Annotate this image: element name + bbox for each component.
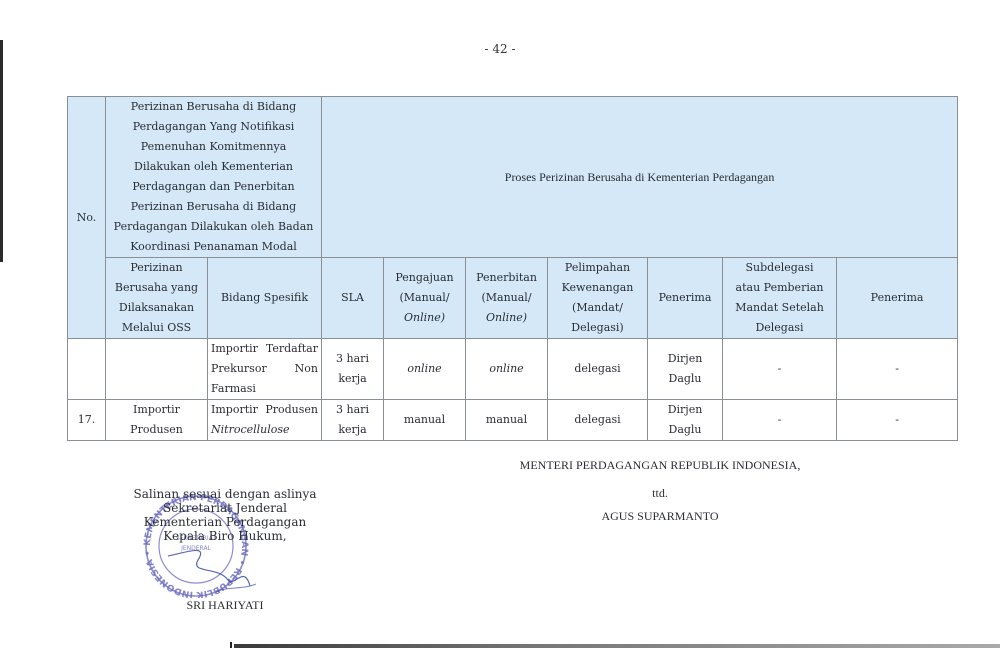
official-name: SRI HARIYATI: [110, 598, 340, 613]
cell-penerima: Dirjen Daglu: [648, 339, 723, 400]
header-penerbitan: Penerbitan (Manual/ Online): [466, 258, 548, 339]
table-row: 17. Importir Produsen Importir Produsen …: [68, 400, 958, 441]
cell-sla: 3 hari kerja: [322, 339, 384, 400]
scan-edge-bar: [234, 644, 1000, 648]
header-subdelegasi: Subdelegasi atau Pemberian Mandat Setela…: [723, 258, 837, 339]
licensing-table: No. Perizinan Berusaha di Bidang Perdaga…: [67, 96, 958, 441]
cell-bidang: Importir Produsen Nitrocellulose: [208, 400, 322, 441]
cell-pelimpahan: delegasi: [548, 339, 648, 400]
page-number: - 42 -: [0, 42, 1000, 56]
cell-penerbitan: manual: [466, 400, 548, 441]
cell-penerbitan: online: [466, 339, 548, 400]
minister-name: AGUS SUPARMANTO: [460, 509, 860, 524]
header-pelimpahan: Pelimpahan Kewenangan (Mandat/ Delegasi): [548, 258, 648, 339]
office-line-2: Kementerian Perdagangan: [110, 515, 340, 529]
scan-edge-tick: [230, 642, 232, 648]
cell-penerima-2: -: [837, 400, 958, 441]
header-pengajuan: Pengajuan (Manual/ Online): [384, 258, 466, 339]
header-proses-group: Proses Perizinan Berusaha di Kementerian…: [322, 97, 958, 258]
cell-perizinan: [106, 339, 208, 400]
table-row: Importir Terdaftar Prekursor Non Farmasi…: [68, 339, 958, 400]
cell-pengajuan: online: [384, 339, 466, 400]
header-penerima-2: Penerima: [837, 258, 958, 339]
header-penerima: Penerima: [648, 258, 723, 339]
header-perizinan-group: Perizinan Berusaha di Bidang Perdagangan…: [106, 97, 322, 258]
office-line-3: Kepala Biro Hukum,: [110, 529, 340, 543]
cell-sla: 3 hari kerja: [322, 400, 384, 441]
cell-bidang: Importir Terdaftar Prekursor Non Farmasi: [208, 339, 322, 400]
minister-signature-block: MENTERI PERDAGANGAN REPUBLIK INDONESIA, …: [460, 458, 860, 524]
minister-title: MENTERI PERDAGANGAN REPUBLIK INDONESIA,: [460, 458, 860, 473]
cell-no: 17.: [68, 400, 106, 441]
cell-no: [68, 339, 106, 400]
cell-subdelegasi: -: [723, 400, 837, 441]
office-line-1: Sekretariat Jenderal: [110, 501, 340, 515]
copy-authentication-block: Salinan sesuai dengan aslinya Sekretaria…: [110, 487, 340, 543]
cell-pengajuan: manual: [384, 400, 466, 441]
copy-note: Salinan sesuai dengan aslinya: [110, 487, 340, 501]
header-perizinan-oss: Perizinan Berusaha yang Dilaksanakan Mel…: [106, 258, 208, 339]
ttd-label: ttd.: [460, 486, 860, 501]
cell-subdelegasi: -: [723, 339, 837, 400]
cell-pelimpahan: delegasi: [548, 400, 648, 441]
cell-perizinan: Importir Produsen: [106, 400, 208, 441]
header-no: No.: [68, 97, 106, 339]
header-bidang-spesifik: Bidang Spesifik: [208, 258, 322, 339]
scan-edge-mark: [0, 40, 3, 262]
header-sla: SLA: [322, 258, 384, 339]
cell-penerima: Dirjen Daglu: [648, 400, 723, 441]
cell-penerima-2: -: [837, 339, 958, 400]
